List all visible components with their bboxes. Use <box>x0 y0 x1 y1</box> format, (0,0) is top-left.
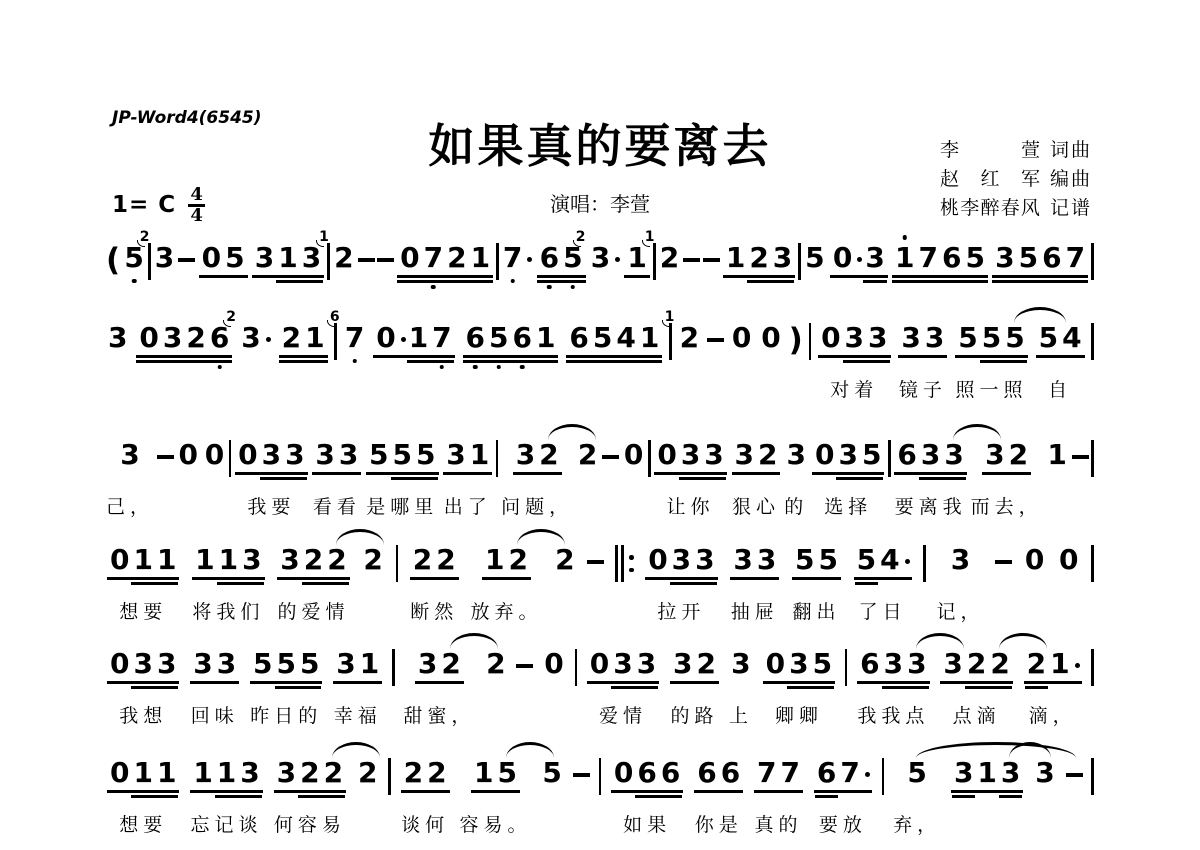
notation-cell: 5 <box>803 243 826 293</box>
note: 3 <box>843 323 866 353</box>
barline-cell <box>327 243 330 293</box>
note: 6 <box>719 758 742 788</box>
note-group-row: 03 <box>829 243 889 293</box>
music-line-3: 3己，00033我要33看看555是哪里31出了32问题，20033让你32狠心… <box>106 440 1094 519</box>
note-group-row: 033 <box>106 649 180 699</box>
time-numerator: 4 <box>190 188 203 202</box>
note: 3 <box>283 440 306 470</box>
note: 21 <box>658 243 681 287</box>
notation-cell: 0 <box>730 323 753 373</box>
notation-cell: 313 <box>251 243 325 293</box>
lyric: 自 <box>1048 375 1072 402</box>
lyric: 将我们 <box>192 597 264 624</box>
notation-cell: 011想要 <box>106 758 180 837</box>
note-group-row <box>392 649 395 699</box>
note: 3 <box>993 243 1016 273</box>
note: 5 <box>367 440 390 470</box>
note-group-row: 21 <box>1023 649 1083 699</box>
note: 1 <box>625 243 648 273</box>
note: 2 <box>576 440 599 484</box>
notation-cell: 66你是 <box>693 758 744 837</box>
barline-cell <box>1091 440 1094 490</box>
lyric: 放弃。 <box>470 597 542 624</box>
beam-group: 633 <box>856 649 930 693</box>
barline-cell <box>845 649 848 699</box>
notation-cell: 113将我们 <box>191 545 265 624</box>
credit-name-char: 春 <box>1001 194 1020 223</box>
note: 3 <box>337 440 360 470</box>
octave-dot-below <box>431 285 436 290</box>
note: 3 <box>191 649 214 679</box>
note: 3 <box>999 758 1022 788</box>
note-group-row <box>178 243 195 293</box>
note-group-row: 66 <box>693 758 744 808</box>
credit-name-char: 萱 <box>1021 136 1040 165</box>
note: 3 <box>240 545 263 575</box>
notation-cell: 5弃， <box>893 758 941 837</box>
note: 5 <box>591 323 614 353</box>
lyric: 拉开 <box>657 597 705 624</box>
note-group-row: 22 <box>400 758 451 808</box>
lyric: 容易。 <box>459 810 531 837</box>
notation-cell: 2 <box>484 649 507 699</box>
octave-dot-below <box>473 365 478 370</box>
note: 6 <box>895 440 918 470</box>
notation-cell: 05 <box>198 243 249 293</box>
octave-dot-below <box>497 365 502 370</box>
notation-cell: 5 <box>122 243 145 293</box>
lyric: 要离我 <box>895 492 967 519</box>
beam-group: 32 <box>414 649 465 693</box>
note-group-row: 313 <box>251 243 325 293</box>
notation-cell: 011想要 <box>106 545 180 624</box>
octave-dot-below <box>132 279 137 284</box>
notation-cell <box>573 758 590 808</box>
music-line-2: 30326322176017656165412100)033对着33镜子555照… <box>106 323 1094 402</box>
notation-cell: 113忘记谈 <box>189 758 263 837</box>
note-group-row: 011 <box>106 545 180 595</box>
note: 5 <box>1037 323 1060 353</box>
rest-note: 0 <box>108 545 131 575</box>
note: 3 <box>729 649 752 693</box>
note: 5 <box>811 649 834 679</box>
beam-group: 017 <box>372 323 455 367</box>
beam-group: 035 <box>762 649 836 693</box>
barline <box>388 758 391 795</box>
note: 1 <box>724 243 747 273</box>
notation-cell: 2 <box>553 545 576 595</box>
note-group-row: 2 <box>361 545 384 595</box>
note-group-row: 313 <box>950 758 1024 808</box>
octave-dot-below <box>571 285 576 290</box>
note: 3 <box>771 243 794 273</box>
note: 6 <box>567 323 590 353</box>
note-group-row: 67 <box>813 758 873 808</box>
note-group-row: 113 <box>189 758 263 808</box>
note: 3 <box>444 440 467 470</box>
lyric: 卿卿 <box>775 701 823 728</box>
lyric: 的爱情 <box>278 597 350 624</box>
note-group-row: 3 <box>729 649 752 699</box>
note-group-row: 035 <box>811 440 885 490</box>
lyric: 照一照 <box>955 375 1027 402</box>
note: 1 <box>483 545 506 575</box>
note: 5 <box>391 440 414 470</box>
duration-dash <box>178 258 195 262</box>
notation-cell: 033爱情 <box>586 649 660 728</box>
note: 1 <box>469 243 492 273</box>
octave-dot-below <box>217 365 222 370</box>
notation-cell: 6541 <box>565 323 663 373</box>
beam-group: 0326 <box>135 323 233 367</box>
augmentation-dot <box>527 257 532 262</box>
time-denominator: 4 <box>190 209 203 223</box>
note-group-row <box>845 649 848 699</box>
credit-row: 桃李醉春风记谱 <box>940 194 1092 223</box>
note-group-row: 0 <box>542 649 565 699</box>
beam-group: 22 <box>409 545 460 589</box>
note: 2 <box>553 545 576 589</box>
note-group-row: 32 <box>981 440 1032 490</box>
barline <box>669 323 672 360</box>
notation-cell: 033对着 <box>817 323 891 402</box>
beam-group: 033 <box>817 323 891 367</box>
notation-cell: 33抽屉 <box>729 545 780 624</box>
beam-group: 113 <box>191 545 265 589</box>
note-group-row: 0 <box>203 440 226 490</box>
augmentation-dot <box>1075 663 1080 668</box>
notation-cell: 22谈何 <box>400 758 451 837</box>
octave-dot-below <box>352 359 357 364</box>
notation-cell: 3567 <box>991 243 1089 293</box>
barline <box>845 649 848 686</box>
key-time-signature: 1= C 4 4 <box>112 188 205 223</box>
note: 5 <box>905 758 928 802</box>
barline-cell <box>653 243 656 293</box>
notation-cell: 3 <box>1033 758 1056 808</box>
beam-group: 555 <box>365 440 439 484</box>
note: 1 <box>191 758 214 788</box>
barline <box>327 243 330 280</box>
note-group-row <box>157 440 174 490</box>
note-group-row <box>882 758 885 808</box>
beam-group: 77 <box>753 758 804 802</box>
lyric: 记， <box>936 597 984 624</box>
note-group-row <box>1066 758 1083 808</box>
note: 1 <box>407 323 430 353</box>
notation-cell <box>707 323 724 373</box>
note-group-row <box>669 323 672 373</box>
rest-note: 0 <box>137 323 160 353</box>
grace-note: 2 <box>140 230 150 244</box>
note: 2 <box>361 545 384 589</box>
octave-dot-above <box>902 235 907 240</box>
lyric: 狠心 <box>732 492 780 519</box>
notation-cell: 32而去， <box>971 440 1043 519</box>
note: 1 <box>472 758 495 788</box>
lyric: 想要 <box>119 597 167 624</box>
note: 3 <box>983 440 1006 470</box>
note-group-row: 21 <box>332 243 355 293</box>
beam-group: 313 <box>251 243 325 287</box>
lyric: 出了 <box>444 492 492 519</box>
barline-cell <box>923 545 926 595</box>
lyric: 忘记谈 <box>191 810 263 837</box>
notation-cell <box>1072 440 1089 490</box>
notation-cell: 033拉开 <box>644 545 718 624</box>
credit-name-char: 赵 <box>940 165 959 194</box>
beam-group: 123 <box>722 243 796 287</box>
note: 3 <box>755 545 778 575</box>
note: 5 <box>495 758 518 788</box>
note-group-row: 32 <box>731 440 782 490</box>
note: 1 <box>1045 440 1068 484</box>
barline <box>1091 243 1094 280</box>
barline <box>496 440 499 477</box>
lyric: 了日 <box>859 597 907 624</box>
beam-group: 1765 <box>891 243 989 287</box>
note: 3 <box>882 649 905 679</box>
note: 6 <box>464 323 487 353</box>
note-group-row: 035 <box>762 649 836 699</box>
music-line-1: (532053132107217653212112350317653567 <box>106 243 1094 293</box>
note: 2 <box>184 323 207 353</box>
note: 1 <box>358 649 381 679</box>
note: 7 <box>422 243 445 273</box>
note: 5 <box>122 243 145 287</box>
note: 1 <box>155 758 178 788</box>
rest-note: 0 <box>813 440 836 470</box>
notation-cell: 55翻出 <box>791 545 842 624</box>
beam-group: 033 <box>653 440 727 484</box>
note-group-row: 33 <box>897 323 948 373</box>
grace-note: 2 <box>576 230 586 244</box>
note-group-row: 2 <box>484 649 507 699</box>
grace-note: 2 <box>226 310 236 324</box>
note-group-row <box>798 243 801 293</box>
note-group-row: 5 <box>905 758 928 808</box>
note-group-row: 33 <box>729 545 780 595</box>
note: 1 <box>193 545 216 575</box>
barline-cell <box>599 758 602 808</box>
note-group-row <box>599 758 602 808</box>
lyric: 想要 <box>119 810 167 837</box>
lyric: 弃， <box>893 810 941 837</box>
note-group-row: 0 <box>730 323 753 373</box>
rest-note: 0 <box>612 758 635 788</box>
note-group-row: 2 <box>356 758 379 808</box>
notation-cell: 67要放 <box>813 758 873 837</box>
note-group-row: 3 <box>106 323 129 373</box>
note: 3 <box>300 243 323 273</box>
augmentation-dot <box>266 337 271 342</box>
note: 3 <box>253 243 276 273</box>
note: 3 <box>866 323 889 353</box>
notation-cell: 32甜蜜， <box>403 649 475 728</box>
credit-name-char: 风 <box>1021 194 1040 223</box>
note-group-row: 76 <box>343 323 366 373</box>
note: 1 <box>155 545 178 575</box>
note: 21 <box>332 243 355 287</box>
note: 2 <box>445 243 468 273</box>
beam-group: 32 <box>731 440 782 484</box>
note: 2 <box>280 323 303 353</box>
note: 7 <box>501 243 524 287</box>
note: 5 <box>816 545 839 575</box>
notation-cell: 555昨日的 <box>249 649 323 728</box>
note-group-row <box>575 649 578 699</box>
barline-cell <box>496 440 499 490</box>
barline-cell <box>229 440 232 490</box>
beam-group: 033 <box>586 649 660 693</box>
note-group-row: 0 <box>622 440 645 490</box>
note-group-row <box>1091 758 1094 808</box>
notation-cell: 0 <box>542 649 565 699</box>
note: 2 <box>298 758 321 788</box>
notation-cell: 1765 <box>891 243 989 293</box>
note: 2 <box>302 545 325 575</box>
note-group-row <box>388 758 391 808</box>
note: 7 <box>779 758 802 788</box>
note: 3 <box>733 440 756 470</box>
note-group-row: 555 <box>365 440 439 490</box>
note: 3 <box>161 323 184 353</box>
repeat-bar <box>621 545 624 582</box>
lyric: 幸福 <box>334 701 382 728</box>
barline-cell <box>496 243 499 293</box>
note: 6 <box>635 758 658 788</box>
beam-group: 67 <box>813 758 873 802</box>
lyric: 己， <box>106 492 154 519</box>
notation-cell: 555是哪里 <box>365 440 439 519</box>
note: 6 <box>695 758 718 788</box>
notation-cell: 123 <box>722 243 796 293</box>
note: 3 <box>275 758 298 788</box>
note: 3 <box>514 440 537 470</box>
rest-note: 0 <box>374 323 397 353</box>
notation-cell: 33看看 <box>311 440 362 519</box>
beam-group: 011 <box>106 545 180 589</box>
note-group-row <box>1091 545 1094 595</box>
note-group-row <box>587 545 604 595</box>
note-group-row: 55 <box>791 545 842 595</box>
notation-cell: 6561 <box>462 323 560 373</box>
notation-cell <box>358 243 375 293</box>
notation-cell: 033让你 <box>653 440 727 519</box>
lyric: 问题， <box>501 492 573 519</box>
repeat-start-sign <box>615 545 634 582</box>
note: 4 <box>878 545 901 575</box>
beam-group: 313 <box>950 758 1024 802</box>
rest-note: 0 <box>730 323 753 367</box>
note: 5 <box>487 323 510 353</box>
note-group-row: 3 <box>784 440 807 490</box>
notation-cell: 0 <box>1057 545 1080 595</box>
notation-cell: 76 <box>343 323 366 373</box>
note: 3 <box>118 440 141 484</box>
note-group-row: 017 <box>372 323 455 373</box>
note: 7 <box>916 243 939 273</box>
note: 5 <box>956 323 979 353</box>
beam-group: 12 <box>481 545 532 589</box>
note-group-row <box>496 243 499 293</box>
lyric: 抽屉 <box>731 597 779 624</box>
note-group-row: 21 <box>678 323 701 373</box>
lyric: 对着 <box>830 375 878 402</box>
barline <box>229 440 232 477</box>
note: 2 <box>322 758 345 788</box>
grace-note: 1 <box>645 230 655 244</box>
lyric: 而去， <box>971 492 1043 519</box>
note-group-row: 1 <box>623 243 650 293</box>
repeat-dot <box>629 568 634 573</box>
rest-note: 0 <box>819 323 842 353</box>
barline-cell <box>575 649 578 699</box>
beam-group: 033 <box>234 440 308 484</box>
note: 2 <box>747 243 770 273</box>
notation-cell: 12放弃。 <box>470 545 542 624</box>
note: 1 <box>217 545 240 575</box>
credit-name-char: 红 <box>980 165 999 194</box>
note: 3 <box>313 440 336 470</box>
octave-dot-below <box>520 365 525 370</box>
note-group-row: 7 <box>501 243 533 293</box>
augmentation-dot <box>401 337 406 342</box>
note-group-row: 32 <box>153 243 176 293</box>
note: 2 <box>695 649 718 679</box>
duration-dash <box>587 560 604 564</box>
note: 3 <box>836 440 859 470</box>
beam-group: 32 <box>512 440 563 484</box>
credit-name-char: 醉 <box>980 194 999 223</box>
notation-cell: 32 <box>239 323 271 373</box>
barline-cell <box>1091 545 1094 595</box>
credit-name-char: 军 <box>1021 165 1040 194</box>
barline <box>923 545 926 582</box>
music-line-4: 011想要113将我们322的爱情222断然12放弃。2033拉开33抽屉55翻… <box>106 545 1094 624</box>
barline-cell <box>396 545 399 595</box>
notation-cell: 033我想 <box>106 649 180 728</box>
rest-note: 0 <box>200 243 223 273</box>
repeat-bar <box>615 545 618 582</box>
lyric: 我要 <box>247 492 295 519</box>
lyric: 我想 <box>119 701 167 728</box>
rest-note: 0 <box>655 440 678 470</box>
note: 3 <box>899 323 922 353</box>
notation-cell: 21 <box>332 243 355 293</box>
note-group-row: 6561 <box>462 323 560 373</box>
credits-block: 李萱词曲赵红军编曲桃李醉春风记谱 <box>940 136 1092 223</box>
notation-cell: 0 <box>176 440 199 490</box>
note: 6 <box>538 243 561 273</box>
credit-row: 赵红军编曲 <box>940 165 1092 194</box>
lyric: 要放 <box>819 810 867 837</box>
lyric: 断然 <box>410 597 458 624</box>
note: 2 <box>756 440 779 470</box>
music-line-5: 033我想33回味555昨日的31幸福32甜蜜，20033爱情32的路3上035… <box>106 649 1094 728</box>
note: 3 <box>671 649 694 679</box>
notation-cell: 32 <box>153 243 176 293</box>
note-group-row: 31 <box>332 649 383 699</box>
parenthesis: ( <box>106 243 120 277</box>
note: 3 <box>635 649 658 679</box>
notation-cell: 2 <box>361 545 384 595</box>
barline <box>798 243 801 280</box>
notation-cell: 32狠心 <box>731 440 782 519</box>
barline <box>653 243 656 280</box>
note: 5 <box>980 323 1003 353</box>
note: 7 <box>838 758 861 788</box>
